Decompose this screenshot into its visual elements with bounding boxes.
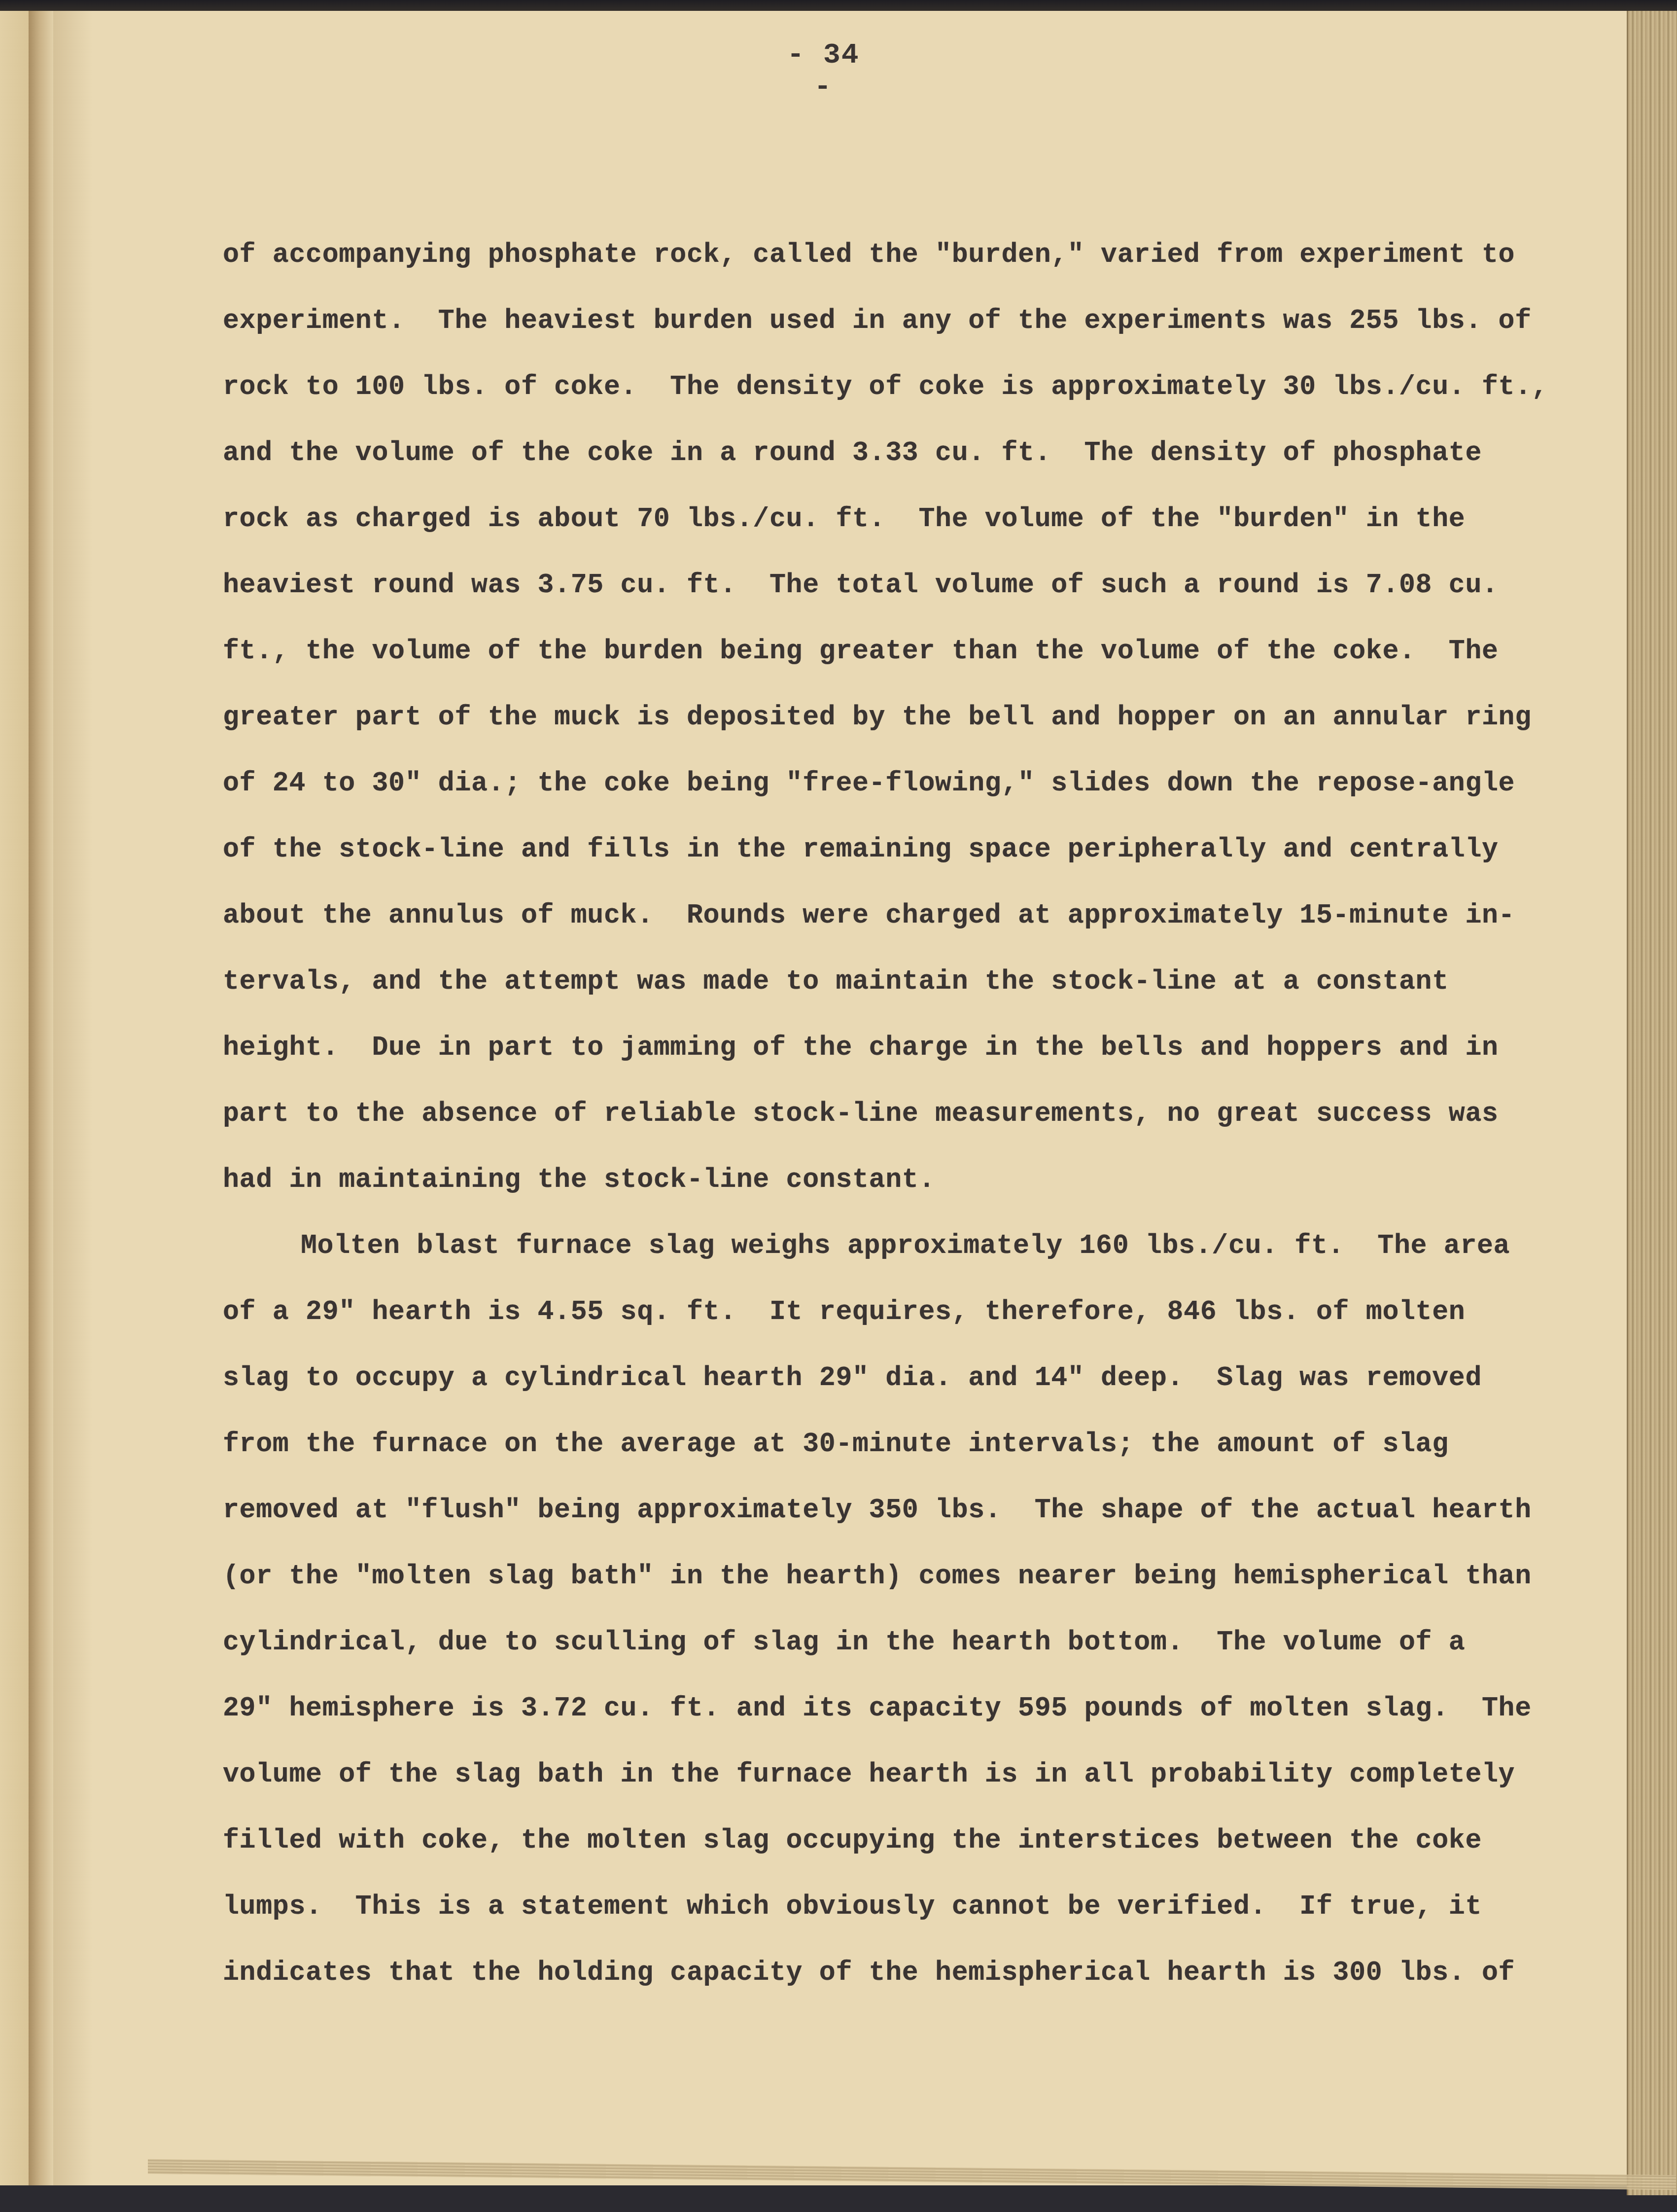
gutter-fade xyxy=(53,11,93,2185)
book-page: - 34 - of accompanying phosphate rock, c… xyxy=(0,11,1637,2185)
text-line: and the volume of the coke in a round 3.… xyxy=(223,431,1593,497)
previous-page-edge xyxy=(0,11,30,2185)
text-line: of the stock-line and fills in the remai… xyxy=(223,827,1593,893)
text-line: cylindrical, due to sculling of slag in … xyxy=(223,1620,1593,1686)
text-line: greater part of the muck is deposited by… xyxy=(223,695,1593,761)
text-line: tervals, and the attempt was made to mai… xyxy=(223,960,1593,1026)
text-line: indicates that the holding capacity of t… xyxy=(223,1951,1593,2017)
text-line: of accompanying phosphate rock, called t… xyxy=(223,233,1593,299)
text-line: rock as charged is about 70 lbs./cu. ft.… xyxy=(223,497,1593,563)
text-line: volume of the slag bath in the furnace h… xyxy=(223,1752,1593,1819)
paragraph-1: of accompanying phosphate rock, called t… xyxy=(223,233,1593,1224)
text-line: had in maintaining the stock-line consta… xyxy=(223,1158,1593,1224)
paragraph-2: Molten blast furnace slag weighs approxi… xyxy=(223,1224,1593,2017)
text-line: experiment. The heaviest burden used in … xyxy=(223,299,1593,365)
text-line: rock to 100 lbs. of coke. The density of… xyxy=(223,365,1593,431)
text-line: about the annulus of muck. Rounds were c… xyxy=(223,893,1593,960)
text-line: removed at "flush" being approximately 3… xyxy=(223,1488,1593,1554)
text-line: part to the absence of reliable stock-li… xyxy=(223,1092,1593,1158)
text-line: heaviest round was 3.75 cu. ft. The tota… xyxy=(223,563,1593,629)
body-text: of accompanying phosphate rock, called t… xyxy=(223,233,1593,2017)
text-line: 29" hemisphere is 3.72 cu. ft. and its c… xyxy=(223,1686,1593,1752)
text-line: from the furnace on the average at 30-mi… xyxy=(223,1422,1593,1488)
text-line: (or the "molten slag bath" in the hearth… xyxy=(223,1554,1593,1620)
text-line: filled with coke, the molten slag occupy… xyxy=(223,1819,1593,1885)
text-line: lumps. This is a statement which obvious… xyxy=(223,1885,1593,1951)
page-stack-edge-right xyxy=(1627,11,1677,2195)
text-line: ft., the volume of the burden being grea… xyxy=(223,629,1593,695)
text-line: of 24 to 30" dia.; the coke being "free-… xyxy=(223,761,1593,827)
text-line-indented: Molten blast furnace slag weighs approxi… xyxy=(223,1224,1593,1290)
gutter-shadow xyxy=(29,11,53,2185)
text-line: height. Due in part to jamming of the ch… xyxy=(223,1026,1593,1092)
page-number: - 34 - xyxy=(769,39,877,104)
text-line: of a 29" hearth is 4.55 sq. ft. It requi… xyxy=(223,1290,1593,1356)
text-line: slag to occupy a cylindrical hearth 29" … xyxy=(223,1356,1593,1422)
